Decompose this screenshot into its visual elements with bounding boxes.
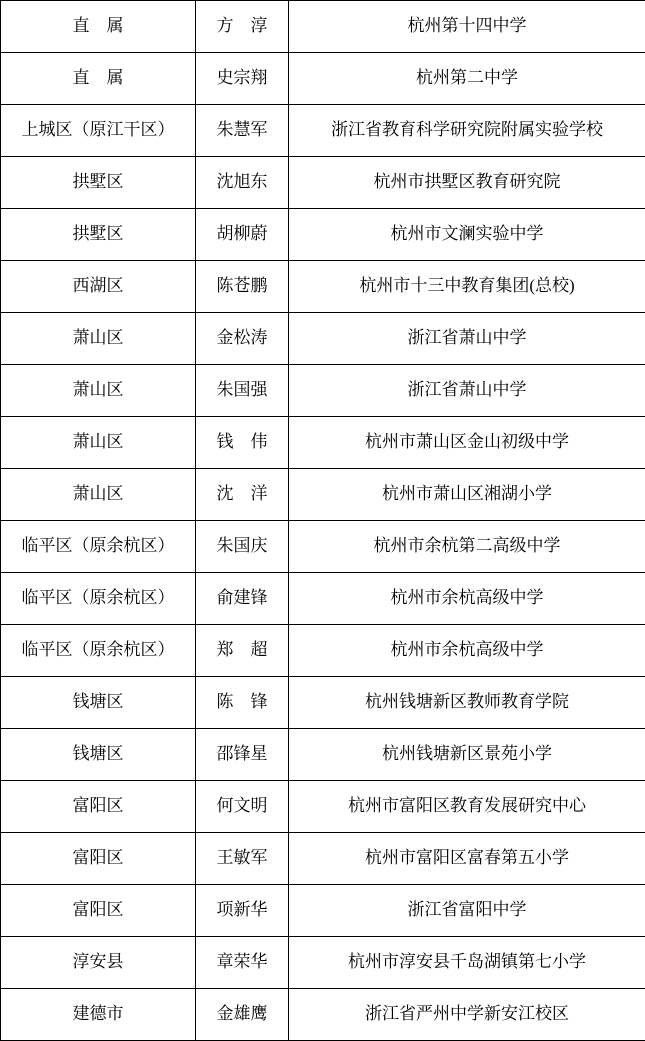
district-cell: 上城区（原江干区） (1, 105, 196, 157)
school-cell: 杭州钱塘新区景苑小学 (289, 729, 645, 781)
district-cell: 钱塘区 (1, 729, 196, 781)
name-cell: 史宗翔 (196, 53, 289, 105)
school-cell: 浙江省富阳中学 (289, 885, 645, 937)
table-row: 钱塘区 邵锋星 杭州钱塘新区景苑小学 (1, 729, 645, 781)
table-row: 富阳区 项新华 浙江省富阳中学 (1, 885, 645, 937)
name-cell: 王敏军 (196, 833, 289, 885)
name-cell: 胡柳蔚 (196, 209, 289, 261)
school-cell: 杭州第十四中学 (289, 1, 645, 53)
table-row: 西湖区 陈苍鹏 杭州市十三中教育集团(总校) (1, 261, 645, 313)
district-cell: 萧山区 (1, 313, 196, 365)
school-cell: 浙江省严州中学新安江校区 (289, 989, 645, 1041)
district-cell: 萧山区 (1, 469, 196, 521)
district-cell: 富阳区 (1, 885, 196, 937)
document-page: 直 属 方 淳 杭州第十四中学 直 属 史宗翔 杭州第二中学 上城区（原江干区）… (0, 0, 645, 1041)
district-cell: 直 属 (1, 53, 196, 105)
name-cell: 陈 锋 (196, 677, 289, 729)
district-cell: 富阳区 (1, 833, 196, 885)
school-cell: 浙江省教育科学研究院附属实验学校 (289, 105, 645, 157)
district-cell: 建德市 (1, 989, 196, 1041)
table-row: 钱塘区 陈 锋 杭州钱塘新区教师教育学院 (1, 677, 645, 729)
school-cell: 杭州市余杭高级中学 (289, 573, 645, 625)
table-row: 直 属 方 淳 杭州第十四中学 (1, 1, 645, 53)
name-cell: 朱国庆 (196, 521, 289, 573)
name-cell: 郑 超 (196, 625, 289, 677)
district-cell: 临平区（原余杭区） (1, 521, 196, 573)
district-cell: 临平区（原余杭区） (1, 573, 196, 625)
name-cell: 朱国强 (196, 365, 289, 417)
name-cell: 何文明 (196, 781, 289, 833)
table-row: 富阳区 王敏军 杭州市富阳区富春第五小学 (1, 833, 645, 885)
table-row: 临平区（原余杭区） 郑 超 杭州市余杭高级中学 (1, 625, 645, 677)
district-cell: 西湖区 (1, 261, 196, 313)
table-row: 萧山区 朱国强 浙江省萧山中学 (1, 365, 645, 417)
district-cell: 钱塘区 (1, 677, 196, 729)
name-cell: 沈 洋 (196, 469, 289, 521)
school-cell: 杭州市余杭第二高级中学 (289, 521, 645, 573)
district-cell: 直 属 (1, 1, 196, 53)
name-cell: 朱慧军 (196, 105, 289, 157)
name-cell: 俞建锋 (196, 573, 289, 625)
table-row: 直 属 史宗翔 杭州第二中学 (1, 53, 645, 105)
name-cell: 金松涛 (196, 313, 289, 365)
name-cell: 方 淳 (196, 1, 289, 53)
school-cell: 杭州市萧山区金山初级中学 (289, 417, 645, 469)
table-row: 临平区（原余杭区） 俞建锋 杭州市余杭高级中学 (1, 573, 645, 625)
personnel-table: 直 属 方 淳 杭州第十四中学 直 属 史宗翔 杭州第二中学 上城区（原江干区）… (0, 0, 645, 1041)
school-cell: 杭州第二中学 (289, 53, 645, 105)
district-cell: 拱墅区 (1, 209, 196, 261)
name-cell: 章荣华 (196, 937, 289, 989)
district-cell: 富阳区 (1, 781, 196, 833)
district-cell: 淳安县 (1, 937, 196, 989)
school-cell: 杭州市富阳区教育发展研究中心 (289, 781, 645, 833)
district-cell: 萧山区 (1, 417, 196, 469)
table-row: 建德市 金雄鹰 浙江省严州中学新安江校区 (1, 989, 645, 1041)
district-cell: 临平区（原余杭区） (1, 625, 196, 677)
name-cell: 项新华 (196, 885, 289, 937)
name-cell: 陈苍鹏 (196, 261, 289, 313)
school-cell: 杭州市淳安县千岛湖镇第七小学 (289, 937, 645, 989)
table-row: 萧山区 钱 伟 杭州市萧山区金山初级中学 (1, 417, 645, 469)
school-cell: 杭州市余杭高级中学 (289, 625, 645, 677)
table-row: 拱墅区 胡柳蔚 杭州市文澜实验中学 (1, 209, 645, 261)
table-row: 萧山区 沈 洋 杭州市萧山区湘湖小学 (1, 469, 645, 521)
name-cell: 金雄鹰 (196, 989, 289, 1041)
table-row: 富阳区 何文明 杭州市富阳区教育发展研究中心 (1, 781, 645, 833)
district-cell: 萧山区 (1, 365, 196, 417)
table-row: 临平区（原余杭区） 朱国庆 杭州市余杭第二高级中学 (1, 521, 645, 573)
school-cell: 杭州市萧山区湘湖小学 (289, 469, 645, 521)
name-cell: 钱 伟 (196, 417, 289, 469)
school-cell: 杭州钱塘新区教师教育学院 (289, 677, 645, 729)
name-cell: 沈旭东 (196, 157, 289, 209)
table-row: 拱墅区 沈旭东 杭州市拱墅区教育研究院 (1, 157, 645, 209)
school-cell: 杭州市富阳区富春第五小学 (289, 833, 645, 885)
district-cell: 拱墅区 (1, 157, 196, 209)
school-cell: 杭州市拱墅区教育研究院 (289, 157, 645, 209)
school-cell: 浙江省萧山中学 (289, 313, 645, 365)
school-cell: 杭州市文澜实验中学 (289, 209, 645, 261)
table-row: 淳安县 章荣华 杭州市淳安县千岛湖镇第七小学 (1, 937, 645, 989)
school-cell: 杭州市十三中教育集团(总校) (289, 261, 645, 313)
table-row: 上城区（原江干区） 朱慧军 浙江省教育科学研究院附属实验学校 (1, 105, 645, 157)
table-row: 萧山区 金松涛 浙江省萧山中学 (1, 313, 645, 365)
name-cell: 邵锋星 (196, 729, 289, 781)
school-cell: 浙江省萧山中学 (289, 365, 645, 417)
